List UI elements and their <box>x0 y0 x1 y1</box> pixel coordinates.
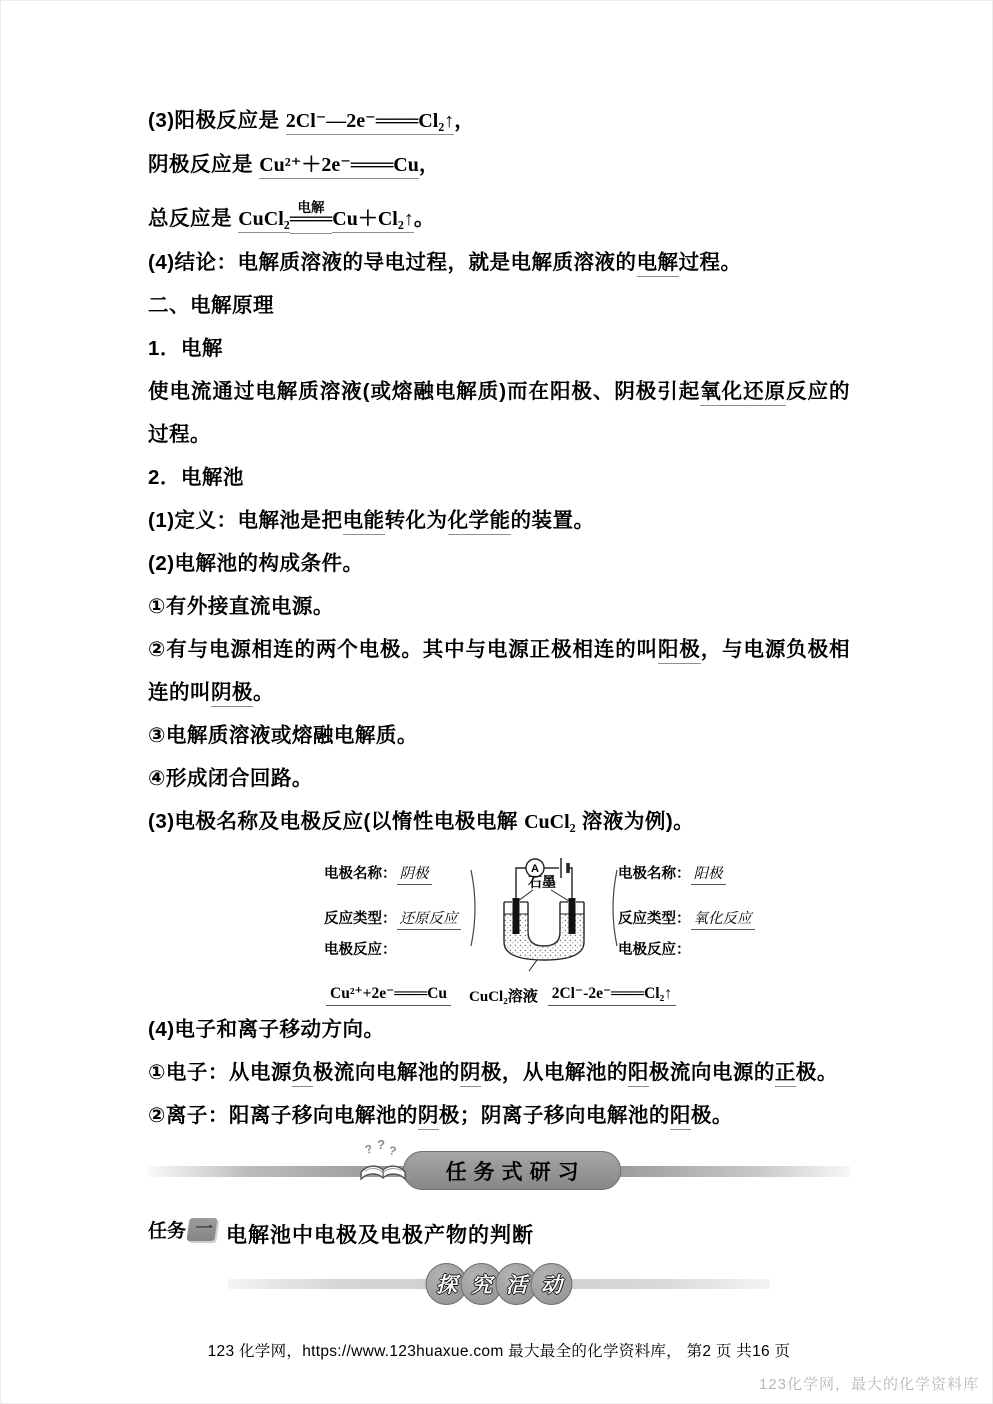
line-condition-2: ②有与电源相连的两个电极。其中与电源正极相连的叫阳极，与电源负极相连的叫阴极。 <box>148 628 850 714</box>
text-segment: 使电流通过电解质溶液(或熔融电解质)而在阳极、阴极引起 <box>148 380 700 403</box>
graphite-label: 石墨 <box>528 874 556 890</box>
anode-half-equation: 2Cl⁻-2e⁻═══Cl₂↑ <box>548 983 676 1006</box>
line-condition-3: ③电解质溶液或熔融电解质。 <box>148 714 850 757</box>
electrode-name-row-right: 电极名称：阳极 <box>618 862 774 883</box>
text-segment: 1．电解 <box>148 337 223 360</box>
document-body-upper: (3)阳极反应是 2Cl⁻—2e⁻═══Cl₂↑，阴极反应是 Cu²⁺＋2e⁻═… <box>148 0 850 844</box>
text-segment: 阴极反应是 <box>148 153 259 176</box>
text-segment: 。 <box>253 681 274 704</box>
text-segment: ， <box>419 153 440 176</box>
explore-char: 动 <box>541 1269 562 1299</box>
text-segment: 溶液为例)。 <box>576 810 695 833</box>
blank-fill-segment: 阳极 <box>658 638 701 664</box>
line-electrolysis-definition: 使电流通过电解质溶液(或熔融电解质)而在阳极、阴极引起氧化还原反应的过程。 <box>148 370 850 456</box>
line-electron-direction: ①电子：从电源负极流向电解池的阴极，从电解池的阳极流向电源的正极。 <box>148 1051 850 1094</box>
text-segment: 极；阴离子移向电解池的 <box>439 1104 670 1127</box>
explore-char: 究 <box>471 1269 492 1299</box>
open-book-icon: ? ? ? <box>358 1140 408 1191</box>
svg-text:?: ? <box>387 1143 397 1158</box>
task-number-badge: 一 <box>186 1218 217 1241</box>
text-segment: 二、电解原理 <box>148 294 274 317</box>
reaction-condition-label: 电解 <box>298 201 325 215</box>
svg-text:?: ? <box>377 1140 385 1152</box>
text-segment: 转化为 <box>385 509 448 532</box>
text-segment: 极，从电解池的 <box>481 1061 628 1084</box>
electrolysis-cell-diagram: 电极名称：阴极 反应类型：还原反应 电极反应： <box>324 854 774 1006</box>
line-condition-4: ④形成闭合回路。 <box>148 757 850 800</box>
explore-circle: 动 <box>531 1263 573 1305</box>
text-segment: 过程。 <box>679 251 742 274</box>
text-segment: ①有外接直流电源。 <box>148 595 334 618</box>
heading-section-two: 二、电解原理 <box>148 284 850 327</box>
electrode-name-value: 阳极 <box>691 866 726 885</box>
blank-fill-segment: 阳 <box>670 1104 691 1130</box>
task-label: 任务 <box>148 1216 186 1243</box>
text-segment: (1)定义：电解池是把 <box>148 509 343 532</box>
line-overall-reaction: 总反应是 CuCl₂电解═══Cu＋Cl₂↑。 <box>148 187 850 241</box>
blank-fill-segment: 正 <box>775 1061 796 1087</box>
text-segment: ②离子：阳离子移向电解池的 <box>148 1104 418 1127</box>
blank-fill-segment: 阴 <box>418 1104 439 1130</box>
blank-fill-segment: 电解 <box>637 251 679 277</box>
electrode-reaction-row-right: 电极反应： <box>618 938 774 959</box>
formula-segment: CuCl₂ <box>524 811 576 833</box>
task-study-banner: ? ? ? 任务式研习 <box>148 1149 850 1195</box>
electrode-name-label: 电极名称： <box>324 866 397 882</box>
task-heading-row: 任务 一 电解池中电极及电极产物的判断 <box>148 1211 850 1247</box>
line-conclusion: (4)结论：电解质溶液的导电过程，就是电解质溶液的电解过程。 <box>148 241 850 284</box>
line-cell-definition: (1)定义：电解池是把电能转化为化学能的装置。 <box>148 499 850 542</box>
reaction-type-row-left: 反应类型：还原反应 <box>324 907 470 928</box>
text-segment: ， <box>454 109 475 132</box>
text-segment: 极流向电解池的 <box>313 1061 460 1084</box>
blank-fill-segment: 阴极 <box>211 681 253 707</box>
document-body-lower: (4)电子和离子移动方向。①电子：从电源负极流向电解池的阴极，从电解池的阳极流向… <box>148 1008 850 1137</box>
line-electrode-names: (3)电极名称及电极反应(以惰性电极电解 CuCl₂ 溶液为例)。 <box>148 800 850 844</box>
text-segment: 2．电解池 <box>148 466 244 489</box>
reaction-type-value: 氧化反应 <box>691 911 755 930</box>
text-segment: ②有与电源相连的两个电极。其中与电源正极相连的叫 <box>148 638 658 661</box>
blank-fill-segment: 阳 <box>628 1061 649 1087</box>
reaction-type-row-right: 反应类型：氧化反应 <box>618 907 774 928</box>
line-ion-direction: ②离子：阳离子移向电解池的阴极；阴离子移向电解池的阳极。 <box>148 1094 850 1137</box>
blank-fill-segment: 负 <box>292 1061 313 1087</box>
line-movement-heading: (4)电子和离子移动方向。 <box>148 1008 850 1051</box>
blank-fill-segment: 化学能 <box>448 509 511 535</box>
electrode-name-value: 阴极 <box>397 866 432 885</box>
anode-electrode <box>569 898 576 934</box>
page-footer: 123 化学网，https://www.123huaxue.com 最大最全的化… <box>148 1339 850 1361</box>
reaction-type-value: 还原反应 <box>397 911 461 930</box>
text-segment: (2)电解池的构成条件。 <box>148 552 364 575</box>
solution-formula: CuCl₂ <box>469 989 508 1005</box>
electrode-reaction-row-left: 电极反应： <box>324 938 470 959</box>
banner-capsule: ? ? ? 任务式研习 <box>403 1151 621 1190</box>
svg-text:?: ? <box>363 1142 374 1157</box>
text-segment: ①电子：从电源 <box>148 1061 292 1084</box>
u-tube-apparatus: A 石墨 <box>479 854 609 981</box>
heading-electrolytic-cell: 2．电解池 <box>148 456 850 499</box>
cathode-electrode <box>513 898 520 934</box>
solution-label: CuCl₂溶液 <box>469 985 538 1006</box>
task-title: 电解池中电极及电极产物的判断 <box>226 1219 534 1249</box>
blank-fill-segment: CuCl₂ <box>238 208 290 233</box>
solution-text: 溶液 <box>508 988 538 1005</box>
text-segment: ④形成闭合回路。 <box>148 767 313 790</box>
text-segment: 。 <box>414 207 435 230</box>
electrode-name-label: 电极名称： <box>618 866 691 882</box>
explore-activity-banner: 探 究 活 动 <box>148 1263 850 1313</box>
explore-char: 活 <box>506 1269 527 1299</box>
text-segment: 极。 <box>796 1061 838 1084</box>
watermark-text: 123化学网，最大的化学资料库 <box>759 1373 979 1394</box>
text-segment: (4)结论：电解质溶液的导电过程，就是电解质溶液的 <box>148 251 637 274</box>
banner-title: 任务式研习 <box>439 1156 586 1186</box>
text-segment: 极流向电源的 <box>649 1061 775 1084</box>
text-segment: ③电解质溶液或熔融电解质。 <box>148 724 418 747</box>
text-segment: (3)电极名称及电极反应(以惰性电极电解 <box>148 810 524 833</box>
blank-fill-segment: 阴 <box>460 1061 481 1087</box>
blank-fill-segment: 氧化还原 <box>700 380 786 406</box>
diagram-equations-row: Cu²⁺+2e⁻═══Cu CuCl₂溶液 2Cl⁻-2e⁻═══Cl₂↑ <box>324 983 774 1006</box>
explore-char: 探 <box>436 1269 457 1299</box>
text-segment: (3)阳极反应是 <box>148 109 286 132</box>
electrode-reaction-label: 电极反应： <box>618 942 691 958</box>
text-segment: (4)电子和离子移动方向。 <box>148 1018 385 1041</box>
diagram-left-column: 电极名称：阴极 反应类型：还原反应 电极反应： <box>324 854 470 959</box>
text-segment: 总反应是 <box>148 207 238 230</box>
line-cell-conditions: (2)电解池的构成条件。 <box>148 542 850 585</box>
blank-fill-segment: Cu²⁺＋2e⁻═══Cu <box>259 154 419 179</box>
reaction-type-label: 反应类型： <box>324 911 397 927</box>
heading-electrolysis: 1．电解 <box>148 327 850 370</box>
right-brace <box>609 868 618 953</box>
page-content: (3)阳极反应是 2Cl⁻—2e⁻═══Cl₂↑，阴极反应是 Cu²⁺＋2e⁻═… <box>148 0 850 1361</box>
reaction-type-label: 反应类型： <box>618 911 691 927</box>
text-segment: 极。 <box>691 1104 733 1127</box>
left-brace <box>470 868 479 953</box>
document-page: { "doc": { "lines_before": [ {"name":"li… <box>0 0 993 1404</box>
blank-fill-segment: 2Cl⁻—2e⁻═══Cl₂↑ <box>286 110 455 135</box>
line-cathode-reaction: 阴极反应是 Cu²⁺＋2e⁻═══Cu， <box>148 143 850 187</box>
cathode-half-equation: Cu²⁺+2e⁻═══Cu <box>326 983 451 1006</box>
electrode-reaction-label: 电极反应： <box>324 942 397 958</box>
line-anode-reaction: (3)阳极反应是 2Cl⁻—2e⁻═══Cl₂↑， <box>148 99 850 143</box>
blank-fill-segment: 电能 <box>343 509 385 535</box>
line-condition-1: ①有外接直流电源。 <box>148 585 850 628</box>
diagram-right-column: 电极名称：阳极 反应类型：氧化反应 电极反应： <box>618 854 774 959</box>
explore-circles: 探 究 活 动 <box>426 1263 573 1305</box>
blank-fill-segment: Cu＋Cl₂↑ <box>332 208 414 233</box>
electrode-name-row-left: 电极名称：阴极 <box>324 862 470 883</box>
equation-condition-segment: 电解═══ <box>290 208 333 234</box>
text-segment: 的装置。 <box>511 509 595 532</box>
diagram-grid: 电极名称：阴极 反应类型：还原反应 电极反应： <box>324 854 774 981</box>
